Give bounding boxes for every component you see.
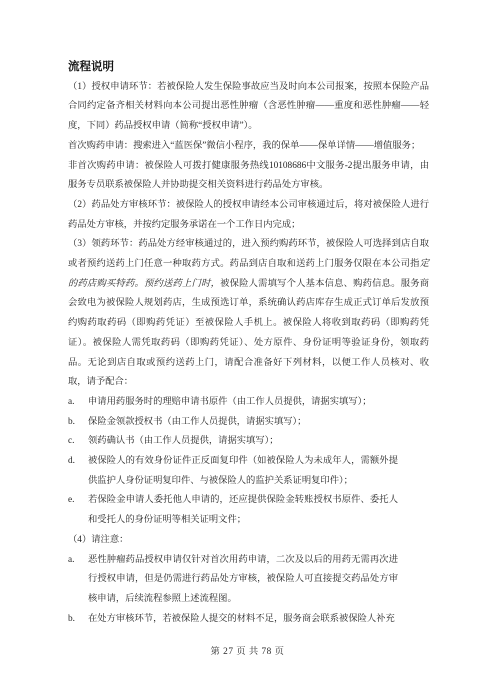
list-marker: d.	[68, 452, 88, 491]
list-item-notes-b: b. 在处方审核环节，若被保险人提交的材料不足，服务商会联系被保险人补充	[68, 610, 429, 630]
paragraph-medicine-pickup: （3）领药环节：药品处方经审核通过的，进入预约购药环节，被保险人可选择到店自取或…	[68, 235, 429, 393]
page-title: 流程说明	[68, 58, 429, 78]
list-item-text: 保险金领款授权书（由工作人员提供，请据实填写）；	[88, 413, 429, 433]
document-body: 流程说明 （1）授权申请环节：若被保险人发生保险事故应当及时向本公司报案，按照本…	[68, 58, 429, 629]
medicine-pickup-text-regular: （3）领药环节：药品处方经审核通过的，进入预约购药环节，被保险人可选择到店自取或…	[68, 239, 429, 269]
page-footer: 第 27 页 共 78 页	[0, 645, 495, 659]
list-marker: b.	[68, 610, 88, 630]
list-marker: a.	[68, 551, 88, 610]
medicine-pickup-text-regular-2: 被保险人需填写个人基本信息、购药信息。服务商会致电为被保险人规划药店，生成预选订…	[68, 279, 429, 388]
list-marker: a.	[68, 393, 88, 413]
paragraph-prescription-review: （2）药品处方审核环节：被保险人的授权申请经本公司审核通过后，将对被保险人进行药…	[68, 196, 429, 235]
list-item-text: 若保险金申请人委托他人申请的，还应提供保险金转账授权书原件、委托人和受托人的身份…	[88, 491, 429, 530]
list-item-materials-b: b. 保险金领款授权书（由工作人员提供，请据实填写）；	[68, 413, 429, 433]
paragraph-non-first-purchase: 非首次购药申请：被保险人可拨打健康服务热线10108686中文服务-2提出服务申…	[68, 157, 429, 196]
list-marker: e.	[68, 491, 88, 530]
paragraph-notes-heading: （4）请注意：	[68, 531, 429, 551]
list-item-text: 在处方审核环节，若被保险人提交的材料不足，服务商会联系被保险人补充	[88, 610, 429, 630]
list-item-text: 被保险人的有效身份证件正反面复印件（如被保险人为未成年人，需额外提供监护人身份证…	[88, 452, 429, 491]
list-item-materials-c: c. 领药确认书（由工作人员提供，请据实填写）；	[68, 432, 429, 452]
list-item-notes-a: a. 恶性肿瘤药品授权申请仅针对首次用药申请，二次及以后的用药无需再次进行授权申…	[68, 551, 429, 610]
list-marker: c.	[68, 432, 88, 452]
list-item-text: 申请用药服务时的理赔申请书原件（由工作人员提供，请据实填写）；	[88, 393, 429, 413]
list-item-materials-e: e. 若保险金申请人委托他人申请的，还应提供保险金转账授权书原件、委托人和受托人…	[68, 491, 429, 530]
paragraph-first-purchase: 首次购药申请：搜索进入“蓝医保”微信小程序，我的保单——保单详情——增值服务；	[68, 137, 429, 157]
list-item-text: 领药确认书（由工作人员提供，请据实填写）；	[88, 432, 429, 452]
list-item-materials-d: d. 被保险人的有效身份证件正反面复印件（如被保险人为未成年人，需额外提供监护人…	[68, 452, 429, 491]
list-item-text: 恶性肿瘤药品授权申请仅针对首次用药申请，二次及以后的用药无需再次进行授权申请，但…	[88, 551, 429, 610]
paragraph-authorization-request: （1）授权申请环节：若被保险人发生保险事故应当及时向本公司报案，按照本保险产品合…	[68, 78, 429, 137]
list-marker: b.	[68, 413, 88, 433]
document-page: 流程说明 （1）授权申请环节：若被保险人发生保险事故应当及时向本公司报案，按照本…	[0, 0, 495, 700]
list-item-materials-a: a. 申请用药服务时的理赔申请书原件（由工作人员提供，请据实填写）；	[68, 393, 429, 413]
